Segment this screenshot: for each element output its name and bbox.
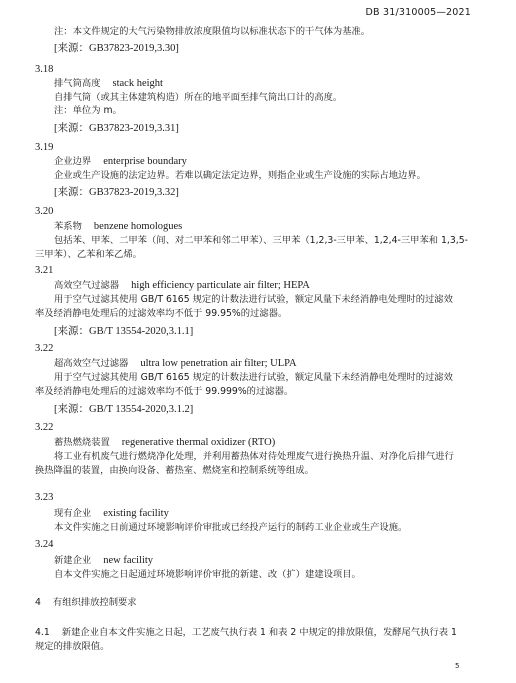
term-zh: 蓄热燃烧装置 (54, 437, 110, 448)
term-definition-line2: 率及经消静电处理后的过滤效率均不低于 99.999%的过滤器。 (35, 385, 293, 399)
term-definition-line1: 用于空气过滤其使用 GB/T 6165 规定的计数法进行试验，额定风量下未经消静… (54, 371, 453, 385)
term-title: 超高效空气过滤器ultra low penetration air filter… (54, 357, 297, 371)
source-citation: [来源：GB37823-2019,3.30] (54, 40, 179, 55)
term-title: 企业边界enterprise boundary (54, 155, 187, 169)
section-title: 有组织排放控制要求 (53, 597, 137, 608)
term-en: ultra low penetration air filter; ULPA (140, 358, 296, 369)
document-id-header: DB 31/310005—2021 (366, 7, 471, 18)
term-zh: 新建企业 (54, 555, 91, 566)
term-definition-line1: 包括苯、甲苯、二甲苯（间、对二甲苯和邻二甲苯）、三甲苯（1,2,3-三甲苯、1,… (54, 234, 468, 248)
term-number: 3.21 (35, 265, 53, 276)
page-number: 5 (455, 662, 459, 670)
term-definition-line2: 三甲苯）、乙苯和苯乙烯。 (35, 248, 142, 262)
term-definition-line2: 换热降温的装置，由换向设备、蓄热室、燃烧室和控制系统等组成。 (35, 464, 314, 478)
clause-number: 4.1 (35, 627, 50, 638)
term-zh: 企业边界 (54, 156, 91, 167)
term-number: 3.23 (35, 492, 53, 503)
source-citation: [来源：GB37823-2019,3.32] (54, 184, 179, 199)
term-note: 注：单位为 m。 (54, 104, 122, 118)
term-title: 苯系物benzene homologues (54, 220, 182, 234)
term-number: 3.18 (35, 64, 53, 75)
term-number: 3.20 (35, 206, 53, 217)
source-citation: [来源：GB37823-2019,3.31] (54, 120, 179, 135)
section-heading: 4有组织排放控制要求 (35, 596, 137, 610)
term-definition: 本文件实施之日前通过环境影响评价审批或已经投产运行的制药工业企业或生产设施。 (54, 521, 407, 535)
term-title: 现有企业existing facility (54, 507, 169, 521)
section-number: 4 (35, 597, 41, 608)
term-title: 高效空气过滤器high efficiency particulate air f… (54, 279, 310, 293)
source-citation: [来源：GB/T 13554-2020,3.1.1] (54, 323, 193, 338)
term-zh: 超高效空气过滤器 (54, 358, 128, 369)
term-definition-line2: 率及经消静电处理后的过滤效率均不低于 99.95%的过滤器。 (35, 307, 287, 321)
term-zh: 苯系物 (54, 221, 82, 232)
term-en: new facility (103, 555, 153, 566)
term-en: existing facility (103, 508, 169, 519)
clause-text: 新建企业自本文件实施之日起，工艺废气执行表 1 和表 2 中规定的排放限值，发酵… (62, 627, 457, 638)
term-definition: 自本文件实施之日起通过环境影响评价审批的新建、改（扩）建建设项目。 (54, 568, 361, 582)
term-zh: 高效空气过滤器 (54, 280, 119, 291)
term-definition-line1: 将工业有机废气进行燃烧净化处理，并利用蓄热体对待处理废气进行换热升温、对净化后排… (54, 450, 454, 464)
term-en: regenerative thermal oxidizer (RTO) (122, 437, 275, 448)
term-en: stack height (113, 78, 163, 89)
term-zh: 现有企业 (54, 508, 91, 519)
term-definition: 自排气筒（或其主体建筑构造）所在的地平面至排气筒出口计的高度。 (54, 91, 342, 105)
term-number: 3.24 (35, 539, 53, 550)
term-definition: 企业或生产设施的法定边界。若难以确定法定边界，则指企业或生产设施的实际占地边界。 (54, 169, 426, 183)
source-citation: [来源：GB/T 13554-2020,3.1.2] (54, 401, 193, 416)
term-title: 排气筒高度stack height (54, 77, 163, 91)
clause-line1: 4.1新建企业自本文件实施之日起，工艺废气执行表 1 和表 2 中规定的排放限值… (35, 626, 457, 640)
term-zh: 排气筒高度 (54, 78, 101, 89)
term-number: 3.19 (35, 142, 53, 153)
term-en: enterprise boundary (103, 156, 187, 167)
term-en: high efficiency particulate air filter; … (131, 280, 310, 291)
term-en: benzene homologues (94, 221, 182, 232)
note-text: 注：本文件规定的大气污染物排放浓度限值均以标准状态下的干气体为基准。 (54, 25, 370, 39)
term-title: 新建企业new facility (54, 554, 153, 568)
term-number: 3.22 (35, 422, 53, 433)
term-definition-line1: 用于空气过滤其使用 GB/T 6165 规定的计数法进行试验，额定风量下未经消静… (54, 293, 453, 307)
clause-line2: 规定的排放限值。 (35, 640, 109, 654)
term-title: 蓄热燃烧装置regenerative thermal oxidizer (RTO… (54, 436, 275, 450)
term-number: 3.22 (35, 343, 53, 354)
